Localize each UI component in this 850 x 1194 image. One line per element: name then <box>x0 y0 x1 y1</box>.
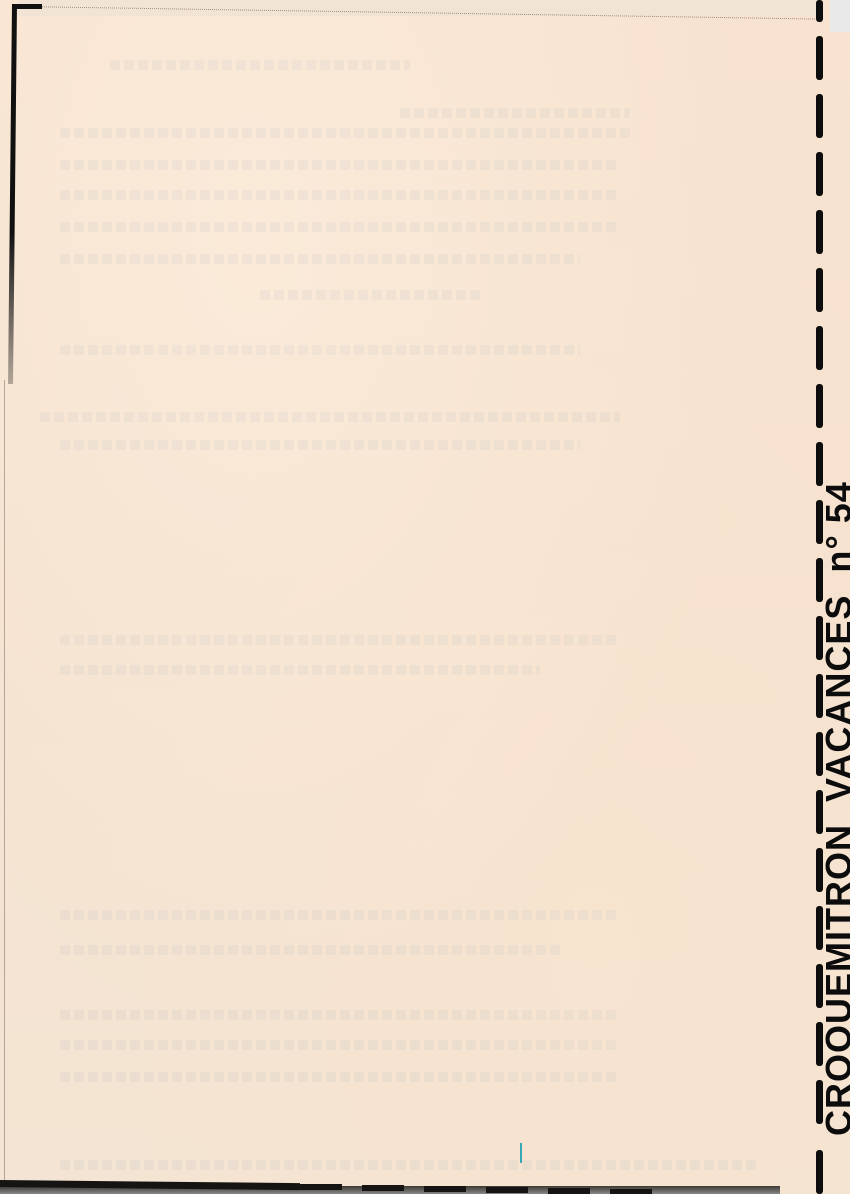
spine-title-1: CROQUEMITRON <box>818 824 850 1136</box>
spine-issue-number: n° 54 <box>818 481 850 572</box>
scanned-page: CROQUEMITRONVACANCESn° 54 <box>0 0 850 1194</box>
scan-margin <box>830 0 850 32</box>
ink-mark <box>520 1143 522 1163</box>
left-border-line <box>8 4 17 384</box>
spine-label: CROQUEMITRONVACANCESn° 54 <box>822 459 850 1194</box>
spine-title-2: VACANCES <box>818 595 850 802</box>
left-page-edge <box>4 380 5 1194</box>
